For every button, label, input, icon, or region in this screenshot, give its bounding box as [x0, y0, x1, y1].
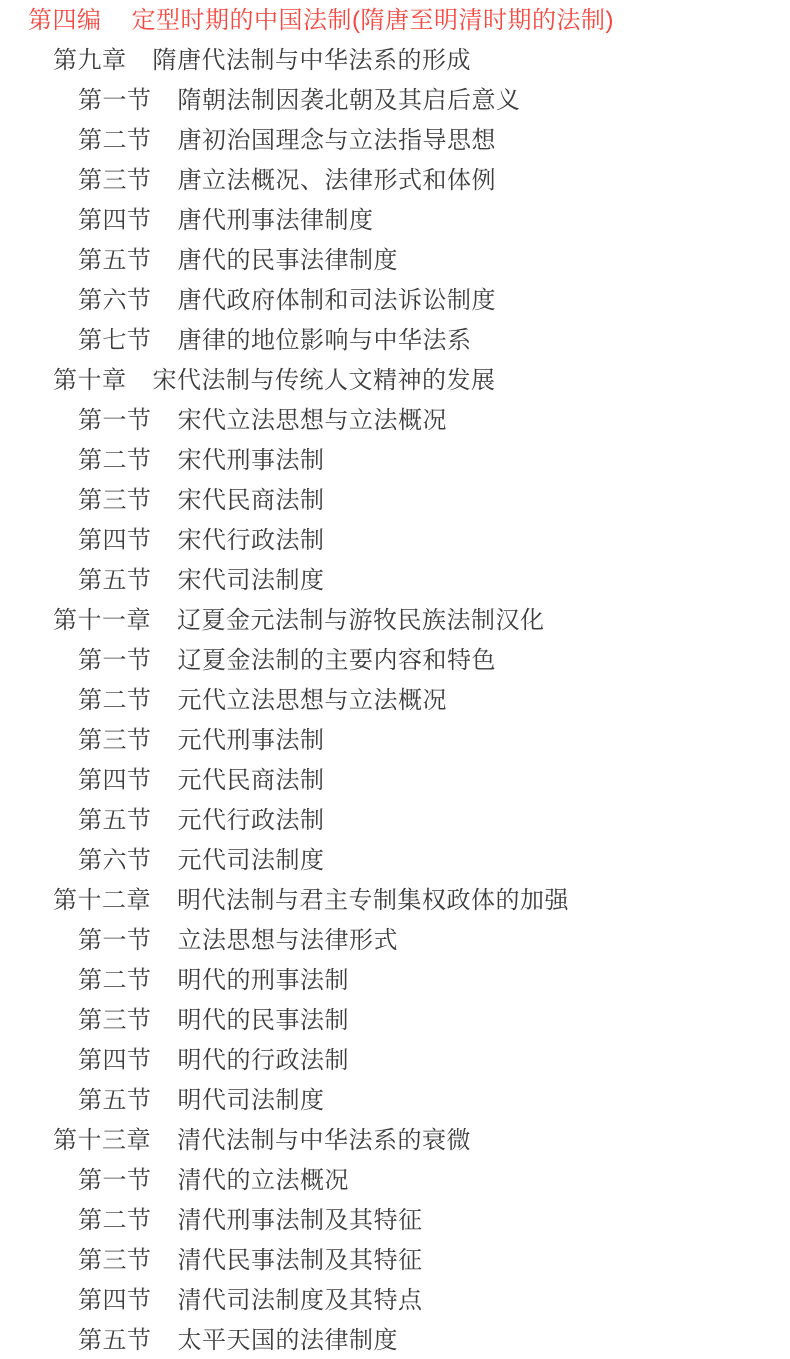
section-number: 第五节 — [78, 241, 152, 281]
toc-section-row[interactable]: 第一节宋代立法思想与立法概况 — [0, 401, 790, 441]
section-number: 第二节 — [78, 441, 152, 481]
toc-section-row[interactable]: 第一节辽夏金法制的主要内容和特色 — [0, 641, 790, 681]
section-title: 清代民事法制及其特征 — [178, 1241, 423, 1281]
section-number: 第一节 — [78, 921, 152, 961]
toc-section-row[interactable]: 第五节宋代司法制度 — [0, 561, 790, 601]
section-title: 唐代的民事法律制度 — [178, 241, 399, 281]
section-number: 第一节 — [78, 81, 152, 121]
toc-section-row[interactable]: 第二节宋代刑事法制 — [0, 441, 790, 481]
toc-section-row[interactable]: 第四节宋代行政法制 — [0, 521, 790, 561]
section-title: 唐律的地位影响与中华法系 — [178, 321, 472, 361]
section-title: 清代司法制度及其特点 — [178, 1281, 423, 1321]
section-title: 宋代立法思想与立法概况 — [178, 401, 448, 441]
section-title: 唐代刑事法律制度 — [178, 201, 374, 241]
section-number: 第六节 — [78, 281, 152, 321]
chapter-number: 第十二章 — [53, 881, 151, 921]
section-number: 第三节 — [78, 1001, 152, 1041]
section-number: 第四节 — [78, 201, 152, 241]
chapter-title: 明代法制与君主专制集权政体的加强 — [177, 881, 569, 921]
section-title: 隋朝法制因袭北朝及其启后意义 — [178, 81, 521, 121]
section-number: 第一节 — [78, 401, 152, 441]
toc-section-row[interactable]: 第四节元代民商法制 — [0, 761, 790, 801]
toc-section-row[interactable]: 第三节明代的民事法制 — [0, 1001, 790, 1041]
section-number: 第五节 — [78, 801, 152, 841]
toc-section-row[interactable]: 第三节宋代民商法制 — [0, 481, 790, 521]
section-title: 清代刑事法制及其特征 — [178, 1201, 423, 1241]
section-number: 第一节 — [78, 1161, 152, 1201]
section-number: 第二节 — [78, 121, 152, 161]
chapter-title: 隋唐代法制与中华法系的形成 — [153, 41, 472, 81]
section-title: 唐立法概况、法律形式和体例 — [178, 161, 497, 201]
section-number: 第三节 — [78, 481, 152, 521]
section-number: 第四节 — [78, 1041, 152, 1081]
section-title: 元代行政法制 — [178, 801, 325, 841]
section-title: 宋代刑事法制 — [178, 441, 325, 481]
toc-chapter-row[interactable]: 第十三章清代法制与中华法系的衰微 — [0, 1121, 790, 1161]
section-title: 明代的民事法制 — [178, 1001, 350, 1041]
section-number: 第五节 — [78, 1321, 152, 1359]
section-title: 明代的行政法制 — [178, 1041, 350, 1081]
part-title: 定型时期的中国法制(隋唐至明清时期的法制) — [132, 1, 614, 41]
toc-section-row[interactable]: 第六节唐代政府体制和司法诉讼制度 — [0, 281, 790, 321]
section-number: 第五节 — [78, 561, 152, 601]
section-number: 第四节 — [78, 521, 152, 561]
chapter-title: 宋代法制与传统人文精神的发展 — [153, 361, 496, 401]
chapter-number: 第十章 — [53, 361, 127, 401]
section-number: 第三节 — [78, 1241, 152, 1281]
toc-section-row[interactable]: 第二节清代刑事法制及其特征 — [0, 1201, 790, 1241]
section-title: 太平天国的法律制度 — [178, 1321, 399, 1359]
toc-section-row[interactable]: 第五节元代行政法制 — [0, 801, 790, 841]
toc-chapter-row[interactable]: 第十二章明代法制与君主专制集权政体的加强 — [0, 881, 790, 921]
section-title: 元代民商法制 — [178, 761, 325, 801]
chapter-number: 第十一章 — [53, 601, 151, 641]
section-title: 宋代民商法制 — [178, 481, 325, 521]
toc-section-row[interactable]: 第三节清代民事法制及其特征 — [0, 1241, 790, 1281]
section-number: 第二节 — [78, 961, 152, 1001]
section-title: 元代立法思想与立法概况 — [178, 681, 448, 721]
toc-chapter-row[interactable]: 第十章宋代法制与传统人文精神的发展 — [0, 361, 790, 401]
section-title: 宋代司法制度 — [178, 561, 325, 601]
section-title: 元代刑事法制 — [178, 721, 325, 761]
toc-section-row[interactable]: 第一节立法思想与法律形式 — [0, 921, 790, 961]
part-number: 第四编 — [28, 1, 102, 41]
toc-section-row[interactable]: 第三节元代刑事法制 — [0, 721, 790, 761]
toc-section-row[interactable]: 第五节太平天国的法律制度 — [0, 1321, 790, 1359]
toc-section-row[interactable]: 第五节唐代的民事法律制度 — [0, 241, 790, 281]
section-title: 唐初治国理念与立法指导思想 — [178, 121, 497, 161]
toc-section-row[interactable]: 第七节唐律的地位影响与中华法系 — [0, 321, 790, 361]
section-number: 第七节 — [78, 321, 152, 361]
chapter-number: 第十三章 — [53, 1121, 151, 1161]
toc-page: 第四编 定型时期的中国法制(隋唐至明清时期的法制) 第九章隋唐代法制与中华法系的… — [0, 0, 790, 1359]
section-number: 第二节 — [78, 681, 152, 721]
toc-section-row[interactable]: 第一节隋朝法制因袭北朝及其启后意义 — [0, 81, 790, 121]
section-number: 第五节 — [78, 1081, 152, 1121]
section-number: 第四节 — [78, 761, 152, 801]
toc-section-row[interactable]: 第六节元代司法制度 — [0, 841, 790, 881]
section-number: 第一节 — [78, 641, 152, 681]
section-number: 第二节 — [78, 1201, 152, 1241]
section-title: 明代的刑事法制 — [178, 961, 350, 1001]
section-number: 第三节 — [78, 161, 152, 201]
toc-section-row[interactable]: 第四节唐代刑事法律制度 — [0, 201, 790, 241]
toc-chapter-row[interactable]: 第九章隋唐代法制与中华法系的形成 — [0, 41, 790, 81]
section-title: 立法思想与法律形式 — [178, 921, 399, 961]
toc-chapter-row[interactable]: 第十一章辽夏金元法制与游牧民族法制汉化 — [0, 601, 790, 641]
toc-part-heading[interactable]: 第四编 定型时期的中国法制(隋唐至明清时期的法制) — [0, 1, 790, 41]
section-title: 明代司法制度 — [178, 1081, 325, 1121]
section-title: 辽夏金法制的主要内容和特色 — [178, 641, 497, 681]
section-number: 第三节 — [78, 721, 152, 761]
section-title: 唐代政府体制和司法诉讼制度 — [178, 281, 497, 321]
chapter-title: 清代法制与中华法系的衰微 — [177, 1121, 471, 1161]
section-number: 第六节 — [78, 841, 152, 881]
chapter-number: 第九章 — [53, 41, 127, 81]
toc-list: 第九章隋唐代法制与中华法系的形成第一节隋朝法制因袭北朝及其启后意义第二节唐初治国… — [0, 41, 790, 1359]
toc-section-row[interactable]: 第三节唐立法概况、法律形式和体例 — [0, 161, 790, 201]
chapter-title: 辽夏金元法制与游牧民族法制汉化 — [177, 601, 545, 641]
section-title: 元代司法制度 — [178, 841, 325, 881]
toc-section-row[interactable]: 第一节清代的立法概况 — [0, 1161, 790, 1201]
toc-section-row[interactable]: 第二节唐初治国理念与立法指导思想 — [0, 121, 790, 161]
toc-section-row[interactable]: 第四节清代司法制度及其特点 — [0, 1281, 790, 1321]
toc-section-row[interactable]: 第四节明代的行政法制 — [0, 1041, 790, 1081]
toc-section-row[interactable]: 第二节明代的刑事法制 — [0, 961, 790, 1001]
section-title: 宋代行政法制 — [178, 521, 325, 561]
toc-section-row[interactable]: 第二节元代立法思想与立法概况 — [0, 681, 790, 721]
section-number: 第四节 — [78, 1281, 152, 1321]
toc-section-row[interactable]: 第五节明代司法制度 — [0, 1081, 790, 1121]
section-title: 清代的立法概况 — [178, 1161, 350, 1201]
